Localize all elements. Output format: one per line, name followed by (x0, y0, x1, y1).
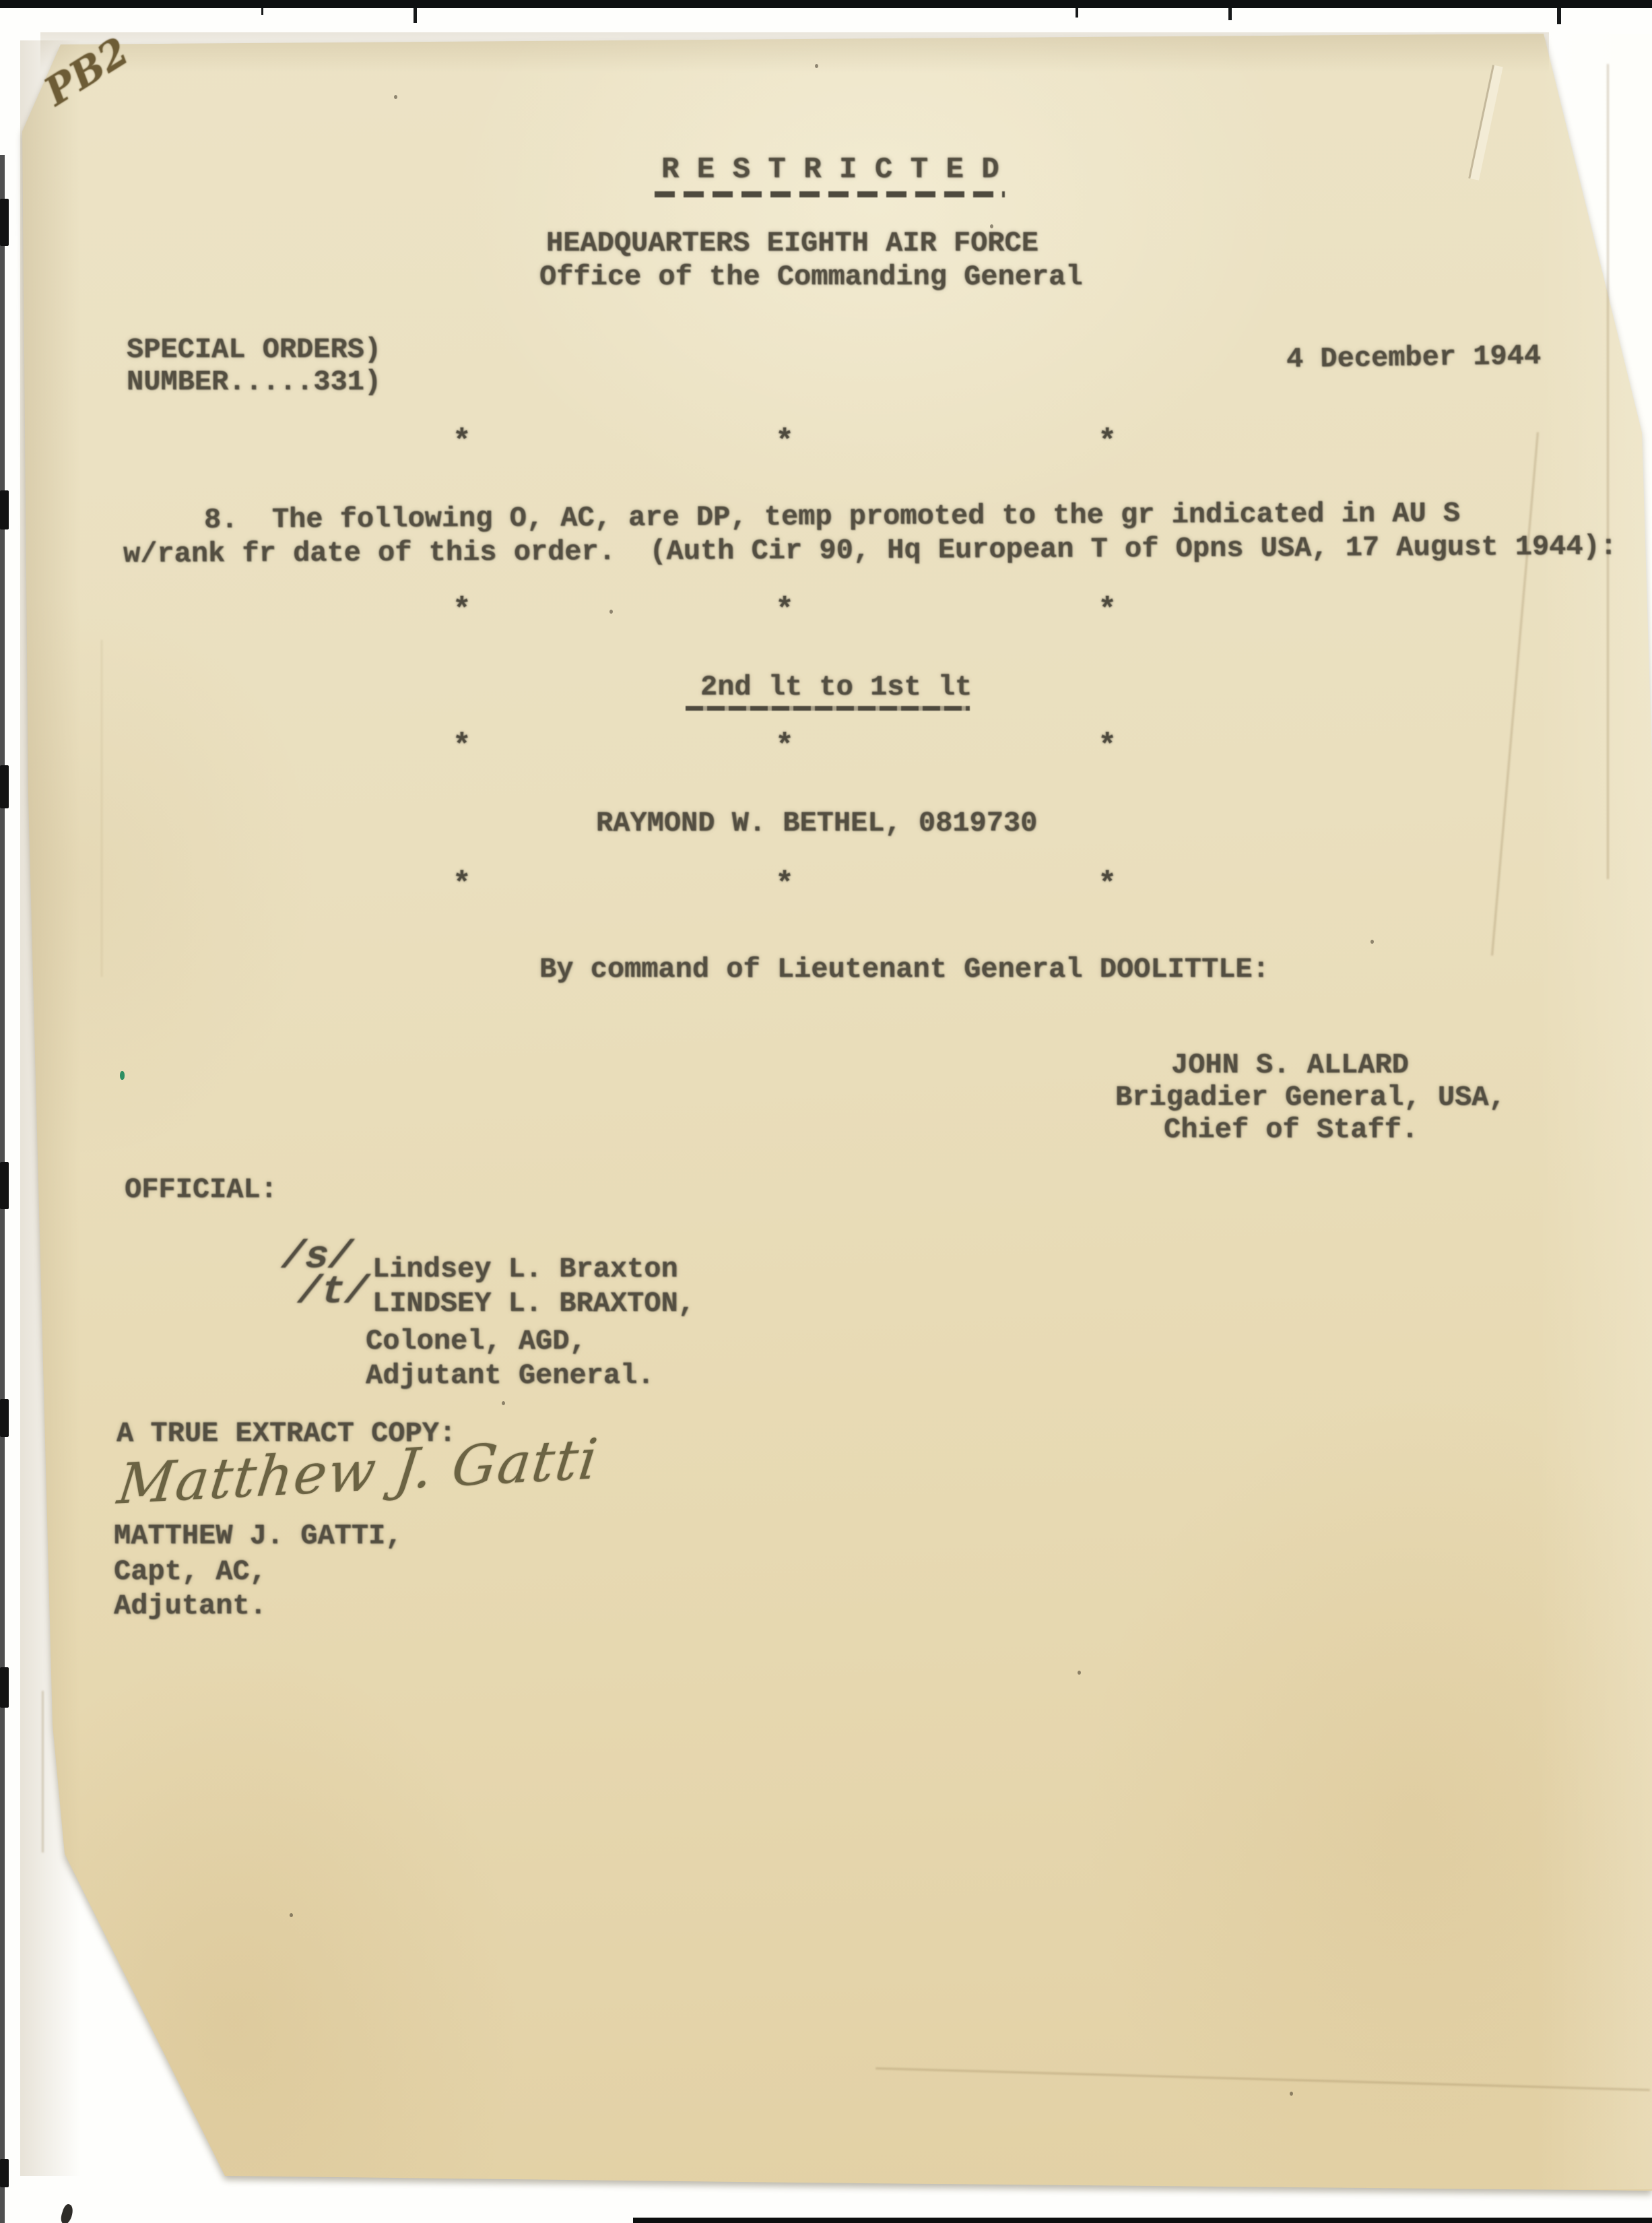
asterisk: * (1098, 729, 1117, 764)
asterisk-separator: * * * (453, 867, 1117, 902)
asterisk-separator: * * * (453, 424, 1117, 459)
dust-speck (120, 1071, 125, 1080)
dust-speck (394, 95, 397, 99)
crease-line (101, 640, 102, 977)
official-typed-name: LINDSEY L. BRAXTON, (372, 1287, 695, 1320)
classification-underline (655, 191, 1005, 197)
order-date: 4 December 1944 (1286, 339, 1542, 377)
asterisk-separator: * * * (453, 729, 1117, 764)
asterisk: * (453, 424, 471, 459)
classification-banner: R E S T R I C T E D (661, 152, 999, 188)
asterisk: * (775, 867, 794, 902)
extract-typed-name: MATTHEW J. GATTI, (114, 1519, 402, 1553)
official-label: OFFICIAL: (125, 1173, 277, 1206)
paper-edge-shadow (40, 32, 1549, 73)
official-role: Adjutant General. (366, 1359, 654, 1392)
order-number: NUMBER.....331) (127, 365, 381, 399)
special-orders-label: SPECIAL ORDERS) (127, 333, 381, 366)
official-signed-name: Lindsey L. Braxton (372, 1252, 678, 1286)
corner-fold (1535, 34, 1652, 2189)
asterisk: * (453, 729, 471, 764)
paper-edge-shadow (20, 40, 81, 2176)
officer-name: RAYMOND W. BETHEL, 0819730 (596, 806, 1037, 840)
dust-speck (1370, 940, 1374, 944)
asterisk: * (1098, 424, 1117, 459)
dust-speck (502, 1401, 505, 1405)
crease-line (1607, 64, 1609, 879)
asterisk: * (775, 729, 794, 764)
official-rank: Colonel, AGD, (366, 1324, 587, 1358)
asterisk: * (1098, 593, 1117, 628)
extract-role: Adjutant. (114, 1589, 267, 1623)
signer-rank: Brigadier General, USA, (1115, 1081, 1506, 1114)
dust-speck (290, 1913, 293, 1917)
asterisk-separator: * * * (453, 593, 1117, 628)
dust-speck (1078, 1671, 1081, 1675)
headquarters-line: HEADQUARTERS EIGHTH AIR FORCE (546, 226, 1038, 260)
asterisk: * (775, 424, 794, 459)
asterisk: * (1098, 867, 1117, 902)
office-line: Office of the Commanding General (539, 260, 1083, 294)
signer-role: Chief of Staff. (1164, 1113, 1418, 1147)
dust-speck (815, 64, 818, 68)
asterisk: * (453, 867, 471, 902)
crease-line (42, 1691, 44, 1852)
scanned-document: PB2 R E S T R I C T E D HEADQUARTERS EIG… (0, 0, 1652, 2223)
typed-mark: /t/ (292, 1269, 374, 1316)
asterisk: * (453, 593, 471, 628)
promotion-heading: 2nd lt to 1st lt (700, 670, 972, 704)
dust-speck (1290, 2092, 1293, 2096)
asterisk: * (775, 593, 794, 628)
promotion-heading-underline (686, 706, 970, 711)
command-line: By command of Lieutenant General DOOLITT… (539, 953, 1269, 986)
signer-name: JOHN S. ALLARD (1171, 1048, 1409, 1082)
extract-rank: Capt, AC, (114, 1555, 267, 1588)
